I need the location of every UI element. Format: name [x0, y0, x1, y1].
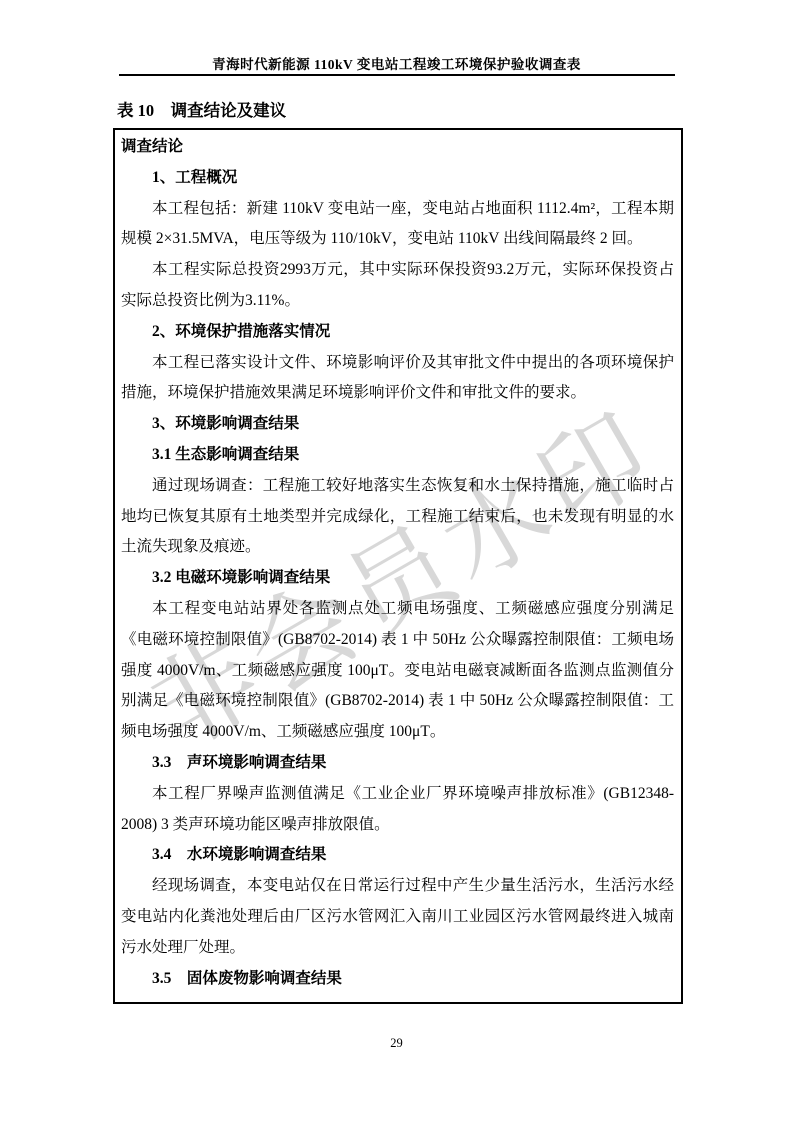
header-divider	[119, 74, 675, 76]
table-10-title: 表 10 调查结论及建议	[117, 97, 286, 121]
heading-emf-results: 3.2 电磁环境影响调查结果	[121, 563, 674, 594]
paragraph-water: 经现场调查，本变电站仅在日常运行过程中产生少量生活污水，生活污水经变电站内化粪池…	[121, 871, 674, 963]
paragraph-investment: 本工程实际总投资2993万元，其中实际环保投资93.2万元，实际环保投资占实际总…	[121, 255, 674, 317]
heading-env-protection-measures: 2、环境保护措施落实情况	[121, 317, 674, 348]
heading-solid-waste-results: 3.5 固体废物影响调查结果	[121, 964, 674, 995]
paragraph-env-measures: 本工程已落实设计文件、环境影响评价及其审批文件中提出的各项环境保护措施，环境保护…	[121, 348, 674, 410]
table-10-box: 调查结论 1、工程概况 本工程包括：新建 110kV 变电站一座，变电站占地面积…	[113, 128, 683, 1004]
heading-noise-results: 3.3 声环境影响调查结果	[121, 748, 674, 779]
paragraph-project-scope: 本工程包括：新建 110kV 变电站一座，变电站占地面积 1112.4m²，工程…	[121, 194, 674, 256]
paragraph-noise: 本工程厂界噪声监测值满足《工业企业厂界环境噪声排放标准》(GB12348-200…	[121, 779, 674, 841]
page-number: 29	[0, 1036, 793, 1051]
heading-project-overview: 1、工程概况	[121, 163, 674, 194]
row-heading-survey-conclusion: 调查结论	[121, 132, 674, 163]
doc-header-title: 青海时代新能源 110kV 变电站工程竣工环境保护验收调查表	[0, 53, 793, 73]
heading-water-results: 3.4 水环境影响调查结果	[121, 840, 674, 871]
paragraph-emf: 本工程变电站站界处各监测点处工频电场强度、工频磁感应强度分别满足《电磁环境控制限…	[121, 594, 674, 748]
paragraph-ecology: 通过现场调查：工程施工较好地落实生态恢复和水土保持措施，施工临时占地均已恢复其原…	[121, 471, 674, 563]
heading-env-impact-results: 3、环境影响调查结果	[121, 409, 674, 440]
document-page: 非会员水印 青海时代新能源 110kV 变电站工程竣工环境保护验收调查表 表 1…	[0, 0, 793, 1122]
heading-ecology-results: 3.1 生态影响调查结果	[121, 440, 674, 471]
